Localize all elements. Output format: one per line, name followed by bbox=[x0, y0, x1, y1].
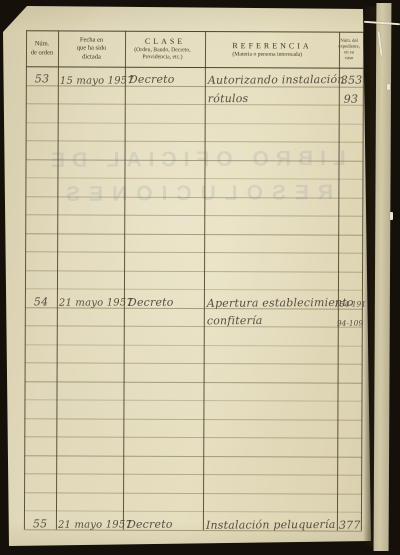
cell-clase bbox=[124, 197, 204, 215]
cell-clase bbox=[123, 401, 203, 419]
table-row bbox=[25, 178, 363, 198]
table-row bbox=[25, 252, 363, 272]
cell-fecha bbox=[58, 141, 125, 159]
table-body: 5315 mayo 1957DecretoAutorizando instala… bbox=[24, 67, 364, 531]
cell-num bbox=[24, 401, 56, 419]
paper-sheet: LIBRO OFICIAL DE RESOLUCIONES Núm. de or… bbox=[0, 0, 400, 555]
cell-expediente bbox=[338, 272, 363, 290]
table-header: Núm. de orden Fecha en que ha sido dicta… bbox=[26, 31, 364, 67]
cell-referencia: Autorizando instalación bbox=[205, 68, 339, 86]
handwritten-text: 21 mayo 1957 bbox=[58, 519, 132, 530]
cell-expediente bbox=[337, 420, 362, 438]
cell-clase bbox=[123, 475, 203, 493]
cell-expediente: 354-191 bbox=[338, 291, 363, 309]
cell-clase bbox=[125, 105, 205, 123]
header-cell-num: Núm. de orden bbox=[26, 31, 58, 66]
cell-clase: Decreto bbox=[125, 68, 205, 86]
table-row bbox=[25, 364, 363, 384]
handwritten-text: 53 bbox=[35, 74, 49, 86]
cell-fecha bbox=[56, 401, 123, 419]
cell-expediente bbox=[338, 254, 363, 272]
handwritten-text: 55 bbox=[33, 518, 47, 530]
cell-num bbox=[25, 308, 57, 326]
handwritten-text: Autorizando instalación bbox=[208, 74, 345, 87]
cell-clase: Decreto bbox=[124, 290, 204, 308]
cell-fecha bbox=[56, 419, 123, 437]
cell-clase bbox=[123, 457, 203, 475]
cell-expediente bbox=[338, 161, 363, 179]
cell-expediente: 377 bbox=[337, 513, 362, 531]
header-cell-expediente: Núm. del expediente, en su caso bbox=[339, 33, 364, 68]
header-fecha-line1: Fecha en bbox=[80, 37, 103, 45]
table-row bbox=[25, 326, 363, 346]
table-row bbox=[26, 104, 364, 124]
cell-fecha bbox=[58, 123, 125, 141]
cell-num bbox=[25, 178, 57, 196]
cell-fecha bbox=[57, 216, 124, 234]
cell-fecha: 21 mayo 1957 bbox=[57, 290, 124, 308]
cell-fecha bbox=[57, 364, 124, 382]
cell-referencia bbox=[204, 253, 338, 271]
cell-clase bbox=[124, 234, 204, 252]
table-row: 5521 mayo 1957DecretoInstalación peluque… bbox=[24, 512, 362, 532]
cell-fecha bbox=[58, 104, 125, 122]
cell-num bbox=[25, 234, 57, 252]
cell-clase bbox=[124, 216, 204, 234]
cell-num bbox=[25, 364, 57, 382]
table-row bbox=[25, 160, 363, 180]
cell-num bbox=[24, 419, 56, 437]
cell-num: 55 bbox=[24, 512, 56, 530]
cell-referencia bbox=[203, 494, 337, 512]
header-cell-fecha: Fecha en que ha sido dictada bbox=[58, 31, 125, 66]
handwritten-text: rótulos bbox=[208, 93, 249, 105]
cell-referencia bbox=[204, 272, 338, 290]
cell-num bbox=[25, 252, 57, 270]
table-row bbox=[24, 401, 362, 421]
cell-num bbox=[26, 104, 58, 122]
table-row bbox=[24, 456, 362, 476]
cell-clase bbox=[123, 419, 203, 437]
cell-fecha bbox=[57, 345, 124, 363]
table-row bbox=[24, 493, 362, 513]
table-row bbox=[24, 475, 362, 495]
cell-num bbox=[26, 141, 58, 159]
binding-thread bbox=[387, 84, 390, 90]
cell-expediente bbox=[338, 217, 363, 235]
cell-referencia bbox=[204, 179, 338, 197]
table-row bbox=[26, 141, 364, 161]
cell-clase bbox=[124, 179, 204, 197]
binding-thread bbox=[390, 212, 393, 220]
cell-num bbox=[25, 271, 57, 289]
cell-clase bbox=[124, 327, 204, 345]
cell-referencia bbox=[205, 142, 339, 160]
header-cell-referencia: REFERENCIA (Materia o persona interesada… bbox=[205, 32, 339, 68]
handwritten-text: confitería bbox=[207, 315, 263, 327]
cell-num bbox=[24, 475, 56, 493]
table-row bbox=[25, 345, 363, 365]
cell-num bbox=[24, 438, 56, 456]
header-num-line1: Núm. bbox=[35, 41, 50, 49]
table-row bbox=[25, 234, 363, 254]
cell-referencia bbox=[203, 438, 337, 456]
cell-clase bbox=[124, 160, 204, 178]
cell-clase bbox=[124, 271, 204, 289]
cell-clase bbox=[124, 345, 204, 363]
handwritten-text: 353 bbox=[341, 75, 363, 87]
table-row bbox=[24, 382, 362, 402]
cell-expediente bbox=[338, 235, 363, 253]
cell-clase bbox=[123, 382, 203, 400]
referencia-title: REFERENCIA bbox=[232, 41, 311, 51]
cell-expediente bbox=[338, 346, 363, 364]
cell-clase bbox=[124, 308, 204, 326]
cell-fecha bbox=[57, 271, 124, 289]
cell-expediente bbox=[338, 198, 363, 216]
cell-referencia bbox=[204, 327, 338, 345]
registry-table: Núm. de orden Fecha en que ha sido dicta… bbox=[24, 30, 364, 530]
cell-clase bbox=[125, 86, 205, 104]
handwritten-text: Instalación peluquería bbox=[206, 519, 336, 532]
cell-clase: Decreto bbox=[123, 512, 203, 530]
cell-expediente bbox=[337, 383, 362, 401]
cell-referencia bbox=[204, 216, 338, 234]
cell-num bbox=[24, 493, 56, 511]
scanned-page: LIBRO OFICIAL DE RESOLUCIONES Núm. de or… bbox=[0, 0, 400, 555]
cell-referencia: Apertura establecimiento bbox=[204, 290, 338, 308]
cell-fecha bbox=[57, 327, 124, 345]
cell-fecha bbox=[58, 86, 125, 104]
cell-expediente bbox=[339, 106, 364, 124]
cell-fecha bbox=[57, 197, 124, 215]
cell-expediente bbox=[337, 439, 362, 457]
cell-referencia bbox=[204, 161, 338, 179]
expediente-header-line4: caso bbox=[338, 56, 361, 62]
table-row bbox=[24, 419, 362, 439]
header-fecha-line3: dictada bbox=[82, 53, 101, 61]
cell-fecha: 15 mayo 1957 bbox=[58, 67, 125, 85]
cell-expediente bbox=[337, 402, 362, 420]
cell-referencia: Instalación peluquería bbox=[203, 512, 337, 530]
cell-expediente bbox=[337, 476, 362, 494]
cell-expediente bbox=[339, 143, 364, 161]
cell-num bbox=[24, 456, 56, 474]
cell-expediente bbox=[338, 180, 363, 198]
cell-referencia bbox=[205, 105, 339, 123]
cell-fecha bbox=[57, 234, 124, 252]
cell-num: 54 bbox=[25, 289, 57, 307]
cell-num bbox=[25, 326, 57, 344]
expediente-header-text: Núm. del expediente, en su caso bbox=[338, 38, 361, 62]
cell-fecha bbox=[56, 493, 123, 511]
handwritten-text: 93 bbox=[344, 94, 358, 106]
table-row bbox=[25, 197, 363, 217]
cell-clase bbox=[123, 494, 203, 512]
cell-referencia bbox=[204, 346, 338, 364]
cell-expediente bbox=[337, 494, 362, 512]
cell-fecha bbox=[56, 382, 123, 400]
cell-num bbox=[24, 382, 56, 400]
header-num-line2: de orden bbox=[31, 49, 54, 57]
cell-referencia bbox=[204, 198, 338, 216]
cell-num bbox=[25, 160, 57, 178]
cell-fecha bbox=[57, 160, 124, 178]
cell-expediente bbox=[338, 328, 363, 346]
handwritten-text: Apertura establecimiento bbox=[207, 297, 354, 310]
table-row bbox=[25, 215, 363, 235]
handwritten-text: 377 bbox=[339, 519, 361, 531]
cell-fecha bbox=[57, 178, 124, 196]
table-row: 5421 mayo 1957DecretoApertura establecim… bbox=[25, 289, 363, 309]
handwritten-text: Decreto bbox=[129, 74, 175, 86]
cell-fecha bbox=[56, 475, 123, 493]
cell-referencia bbox=[204, 235, 338, 253]
cell-num bbox=[25, 345, 57, 363]
clase-subtitle-line2: Providencia, etc.) bbox=[123, 53, 201, 60]
handwritten-text: Decreto bbox=[128, 296, 174, 308]
referencia-subtitle: (Materia o persona interesada) bbox=[201, 51, 333, 58]
cell-referencia bbox=[205, 124, 339, 142]
cell-clase bbox=[123, 438, 203, 456]
cell-num bbox=[25, 197, 57, 215]
table-row bbox=[24, 438, 362, 458]
handwritten-text: Decreto bbox=[127, 518, 173, 530]
cell-num bbox=[26, 86, 58, 104]
cell-fecha bbox=[57, 308, 124, 326]
cell-referencia bbox=[203, 420, 337, 438]
cell-fecha bbox=[56, 438, 123, 456]
cell-num: 53 bbox=[26, 67, 58, 85]
cell-referencia bbox=[203, 383, 337, 401]
cell-clase bbox=[124, 364, 204, 382]
cell-expediente bbox=[338, 365, 363, 383]
table-row: confitería94-109 bbox=[25, 308, 363, 328]
handwritten-text: 94-109 bbox=[337, 320, 363, 328]
table-row: rótulos93 bbox=[26, 86, 364, 106]
cell-fecha bbox=[57, 253, 124, 271]
handwritten-text: 15 mayo 1957 bbox=[60, 75, 134, 86]
cell-clase bbox=[124, 253, 204, 271]
handwritten-text: 54 bbox=[34, 296, 48, 308]
clase-subtitle-line1: (Orden, Bando, Decreto, bbox=[123, 46, 201, 53]
cell-referencia: confitería bbox=[204, 309, 338, 327]
cell-referencia: rótulos bbox=[205, 87, 339, 105]
table-row bbox=[25, 271, 363, 291]
cell-clase bbox=[125, 142, 205, 160]
cell-fecha bbox=[56, 456, 123, 474]
handwritten-text: 21 mayo 1957 bbox=[59, 297, 133, 308]
header-cell-clase: CLASE (Orden, Bando, Decreto, Providenci… bbox=[125, 32, 205, 67]
cell-expediente: 94-109 bbox=[338, 309, 363, 327]
cell-referencia bbox=[203, 475, 337, 493]
cell-num bbox=[26, 123, 58, 141]
clase-title: CLASE bbox=[145, 36, 185, 46]
cell-expediente: 353 bbox=[339, 69, 364, 87]
cell-expediente bbox=[337, 457, 362, 475]
clase-subtitle: (Orden, Bando, Decreto, Providencia, etc… bbox=[123, 46, 201, 60]
cell-referencia bbox=[204, 364, 338, 382]
cell-clase bbox=[125, 123, 205, 141]
cell-fecha: 21 mayo 1957 bbox=[56, 512, 123, 530]
cell-referencia bbox=[203, 401, 337, 419]
table-row: 5315 mayo 1957DecretoAutorizando instala… bbox=[26, 67, 364, 87]
cell-referencia bbox=[203, 457, 337, 475]
cell-num bbox=[25, 215, 57, 233]
table-row bbox=[26, 123, 364, 143]
cell-expediente bbox=[339, 124, 364, 142]
header-fecha-line2: que ha sido bbox=[77, 45, 107, 53]
cell-expediente: 93 bbox=[339, 87, 364, 105]
